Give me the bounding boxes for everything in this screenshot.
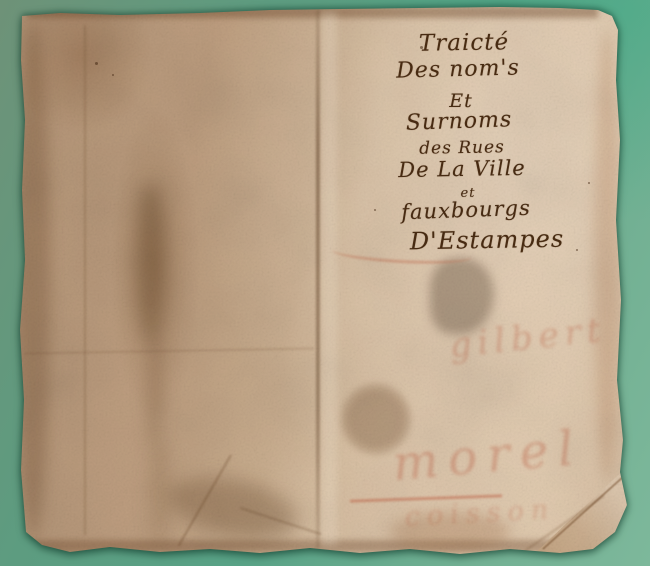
stain [146, 330, 164, 450]
paper-shadow-wrap: gilbert morel coisson Traicté Des nom's … [0, 0, 650, 566]
title-line: fauxbourgs [401, 196, 531, 225]
title-line: D'Estampes [410, 225, 565, 256]
title-line: De La Ville [398, 156, 526, 182]
chalk-inscription: coisson [404, 494, 556, 533]
center-fold-crease [316, 10, 320, 548]
stain [136, 182, 166, 342]
paper-edge-shading-top [28, 6, 598, 18]
stain [150, 440, 170, 548]
center-fold-highlight [321, 12, 337, 546]
paper-edge-shading-bottom [30, 540, 610, 552]
crease [24, 347, 314, 354]
title-line: Surnoms [405, 107, 512, 136]
title-line: Des nom's [396, 55, 520, 83]
ink-speck [374, 209, 376, 211]
chalk-inscription: morel [390, 420, 585, 492]
ink-speck [588, 182, 590, 184]
paper-edge-shading-right [594, 30, 620, 480]
ink-speck [576, 249, 578, 251]
manuscript-paper: gilbert morel coisson Traicté Des nom's … [0, 0, 650, 566]
photo-background: gilbert morel coisson Traicté Des nom's … [0, 0, 650, 566]
paper-edge-shading-left [16, 20, 50, 540]
ink-speck [112, 74, 114, 76]
crease [84, 25, 86, 535]
ink-speck [95, 62, 98, 65]
title-line: Traicté [419, 29, 510, 57]
